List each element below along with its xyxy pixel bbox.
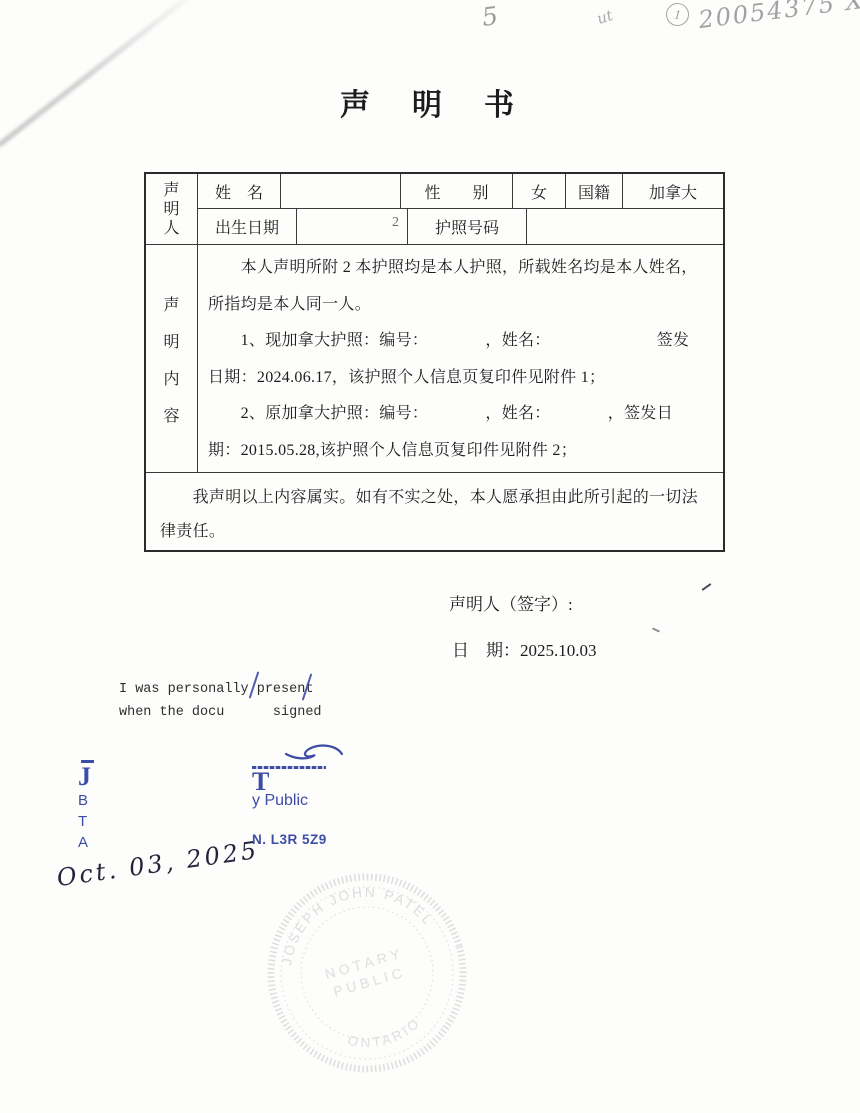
table-row-name: 姓 名 性 别 女 国籍 加拿大: [198, 174, 723, 209]
declarant-label-char: 声: [163, 181, 179, 200]
affirmation-line: 我声明以上内容属实。如有不实之处，本人愿承担由此所引起的一切法: [160, 481, 709, 515]
declaration-table: 声 明 人 姓 名 性 别 女 国籍 加拿大 出生日期 2: [144, 172, 725, 552]
gender-label: 性 别: [401, 174, 513, 208]
affirmation-line: 律责任。: [160, 515, 709, 549]
ink-signature-squiggle: [278, 742, 348, 766]
notary-attestation-text: I was personally presentwhen the docu si…: [119, 678, 322, 724]
stamp-letter: B: [78, 790, 94, 811]
content-label-char: 容: [163, 403, 179, 426]
passport-label: 护照号码: [408, 209, 527, 244]
content-line: 本人声明所附 2 本护照均是本人护照，所载姓名均是本人姓名，: [208, 250, 713, 287]
dob-value: 2: [297, 209, 408, 244]
declarant-label-char: 明: [163, 200, 179, 219]
content-body: 本人声明所附 2 本护照均是本人护照，所载姓名均是本人姓名， 所指均是本人同一人…: [198, 245, 723, 472]
embossed-notary-seal: JOSEPH JOHN PATEL ONTARIO NOTARY PUBLIC: [256, 868, 478, 1078]
seal-bottom-arc-text: ONTARIO: [343, 1012, 427, 1058]
content-label-char: 明: [163, 329, 179, 352]
dob-label: 出生日期: [198, 209, 297, 244]
content-line: 2、原加拿大护照：编号： ，姓名： ，签发日: [208, 396, 713, 433]
name-label: 姓 名: [198, 174, 281, 208]
nationality-value: 加拿大: [623, 174, 723, 208]
declarant-label-char: 人: [163, 219, 179, 238]
pencil-circled-number: 1: [665, 2, 690, 27]
content-line: 1、现加拿大护照：编号： ，姓名： 签发: [208, 323, 713, 360]
pencil-mark-5: 5: [480, 1, 500, 32]
content-section: 声 明 内 容 本人声明所附 2 本护照均是本人护照，所载姓名均是本人姓名， 所…: [146, 245, 723, 473]
content-line: 日期：2024.06.17，该护照个人信息页复印件见附件 1；: [208, 360, 713, 397]
pencil-mark-ut: ut: [595, 6, 615, 28]
gender-value: 女: [513, 174, 566, 208]
attestation-line-2: when the docu signed: [119, 705, 322, 720]
stamp-letter: A: [78, 832, 94, 853]
scanned-declaration-page: 5 ut 1 20054375 X 声 明 书 声 明 人 姓 名 性 别 女 …: [0, 0, 860, 1113]
declarant-section: 声 明 人 姓 名 性 别 女 国籍 加拿大 出生日期 2: [146, 174, 723, 245]
nationality-label: 国籍: [566, 174, 623, 208]
notary-stamp-right-fragment: T y Public N. L3R 5Z9: [252, 742, 348, 847]
page-fold-crease: [0, 0, 197, 147]
stamp-letter: T: [78, 811, 94, 832]
svg-text:ONTARIO: ONTARIO: [343, 1012, 427, 1058]
content-line: 所指均是本人同一人。: [208, 287, 713, 324]
passport-value: [527, 209, 723, 244]
content-label-char: 内: [163, 366, 179, 389]
table-row-dob: 出生日期 2 护照号码: [198, 209, 723, 244]
content-label-char: 声: [163, 292, 179, 315]
pen-tick-mark: [652, 627, 660, 632]
doc-title: 声 明 书: [0, 80, 860, 124]
name-value: [281, 174, 401, 208]
declarant-signature-label: 声明人（签字）:: [449, 590, 573, 615]
stamp-notary-public-text: y Public: [252, 792, 348, 810]
declarant-label: 声 明 人: [146, 174, 198, 244]
content-label: 声 明 内 容: [146, 245, 198, 472]
dob-redaction-remnant: 2: [392, 215, 399, 231]
stamp-letter: J: [78, 764, 94, 790]
notary-stamp-left-fragment: J B T A: [74, 760, 94, 853]
declaration-date-line: 日 期：2025.10.03: [452, 636, 597, 661]
content-line: 期：2015.05.28,该护照个人信息页复印件见附件 2；: [208, 433, 713, 470]
attestation-line-1: I was personally present: [119, 682, 313, 697]
affirmation-section: 我声明以上内容属实。如有不实之处，本人愿承担由此所引起的一切法 律责任。: [146, 473, 723, 549]
pen-tick-mark: [701, 583, 711, 591]
pencil-serial-number: 20054375 X: [697, 0, 860, 34]
stamp-postal-code: N. L3R 5Z9: [252, 832, 348, 847]
